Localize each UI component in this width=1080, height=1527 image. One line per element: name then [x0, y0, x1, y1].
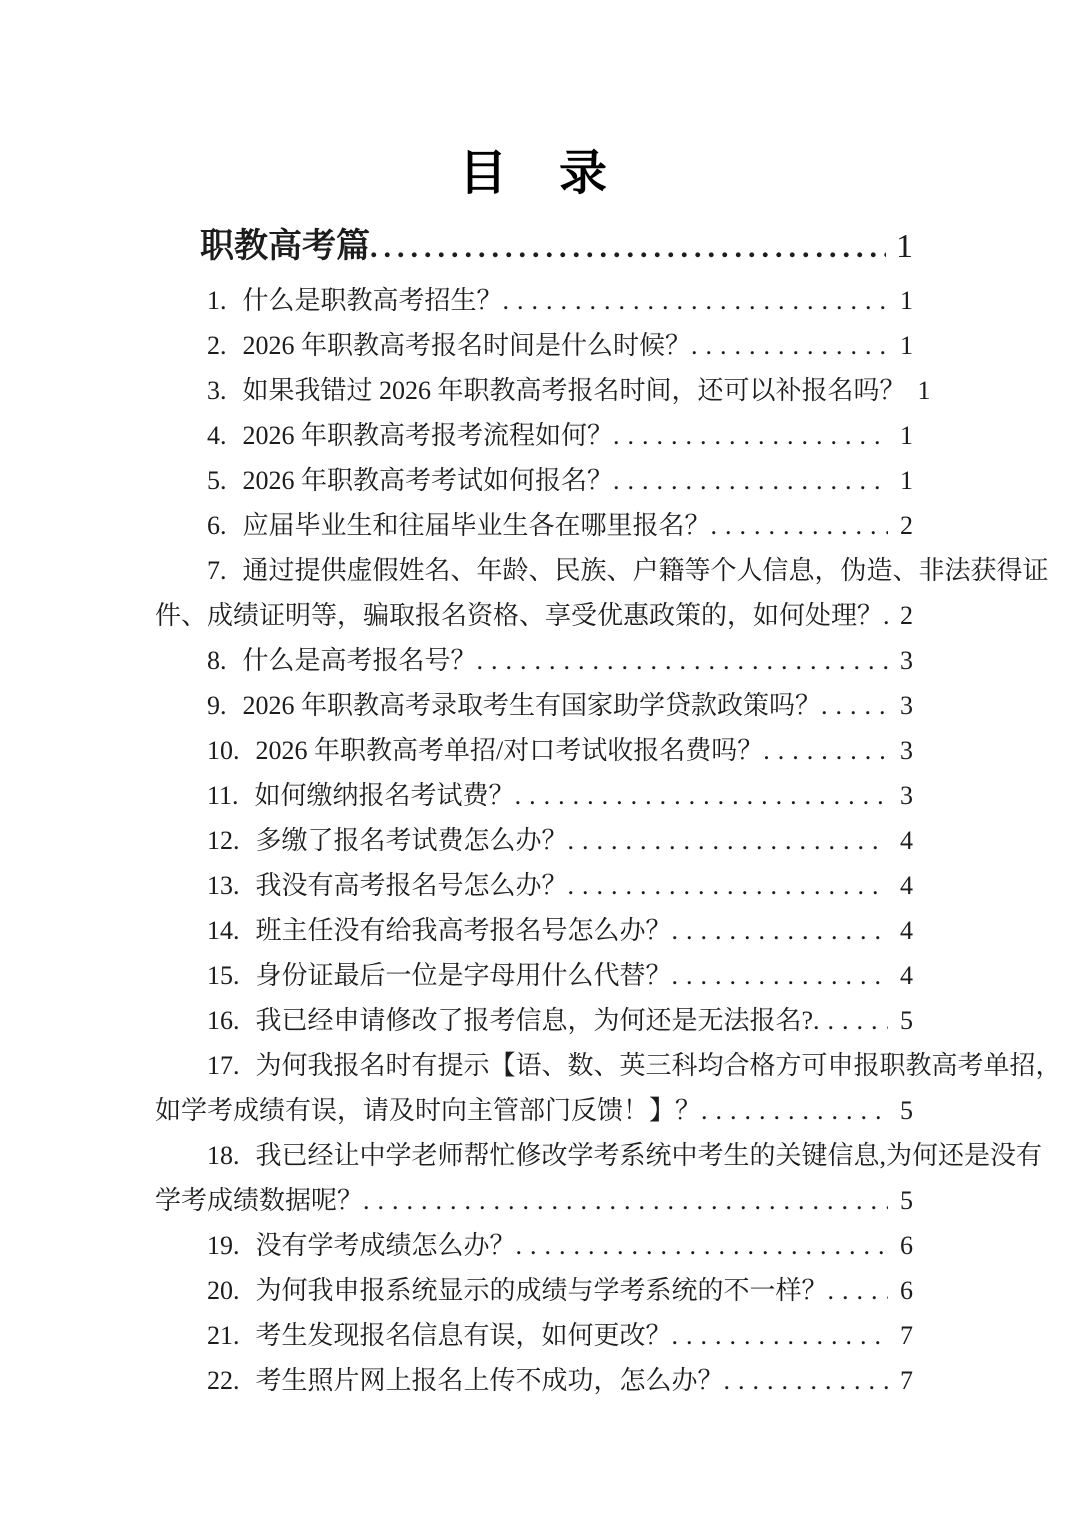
entry-number: 4.: [207, 413, 227, 458]
toc-section-row[interactable]: 职教高考篇 1: [155, 224, 913, 271]
toc-entry[interactable]: 19. 没有学考成绩怎么办？ 6: [155, 1223, 913, 1268]
dot-leader: [613, 413, 888, 458]
entry-number: 5.: [207, 458, 227, 503]
entry-text: 多缴了报名考试费怎么办？: [256, 818, 568, 863]
entry-page-number: 5: [900, 1178, 913, 1223]
entry-number: 14.: [207, 908, 240, 953]
dot-leader: [370, 225, 886, 271]
entry-page-number: 1: [900, 413, 913, 458]
entry-number: 1.: [207, 278, 227, 323]
toc-entry[interactable]: 10. 2026 年职教高考单招/对口考试收报名费吗？ 3: [155, 728, 913, 773]
entry-number: 6.: [207, 503, 227, 548]
entry-number: 10.: [207, 728, 240, 773]
entry-text: 身份证最后一位是字母用什么代替？: [256, 953, 672, 998]
dot-leader: [821, 683, 888, 728]
dot-leader: [515, 773, 888, 818]
entry-page-number: 3: [900, 773, 913, 818]
toc-entry[interactable]: 18.我已经让中学老师帮忙修改学考系统中考生的关键信息,为何还是没有 学考成绩数…: [155, 1133, 913, 1223]
entry-page-number: 3: [900, 638, 913, 683]
toc-entry[interactable]: 21. 考生发现报名信息有误，如何更改？ 7: [155, 1313, 913, 1358]
page-title: 目 录: [155, 150, 913, 198]
entry-text-line2: 件、成绩证明等，骗取报名资格、享受优惠政策的，如何处理？: [155, 593, 883, 638]
entry-text: 什么是高考报名号？: [243, 638, 477, 683]
entry-text: 班主任没有给我高考报名号怎么办？: [256, 908, 672, 953]
entry-number: 13.: [207, 863, 240, 908]
entry-number: 17.: [207, 1051, 240, 1080]
dot-leader: [724, 1358, 888, 1403]
entry-page-number: 7: [900, 1313, 913, 1358]
entry-page-number: 6: [900, 1268, 913, 1313]
toc-entry[interactable]: 15. 身份证最后一位是字母用什么代替？ 4: [155, 953, 913, 998]
entry-text: 应届毕业生和往届毕业生各在哪里报名？: [243, 503, 711, 548]
entry-page-number: 3: [900, 683, 913, 728]
document-page: 目 录 职教高考篇 1 1. 什么是职教高考招生？ 1 2. 2026 年职教高…: [0, 0, 1080, 1527]
toc-entry[interactable]: 2. 2026 年职教高考报名时间是什么时候？ 1: [155, 323, 913, 368]
toc-entry[interactable]: 13. 我没有高考报名号怎么办？ 4: [155, 863, 913, 908]
dot-leader: [672, 908, 888, 953]
entry-text: 考生发现报名信息有误，如何更改？: [256, 1313, 672, 1358]
toc-entry[interactable]: 6. 应届毕业生和往届毕业生各在哪里报名？ 2: [155, 503, 913, 548]
dot-leader: [516, 1223, 888, 1268]
dot-leader: [503, 278, 888, 323]
entry-text: 我已经申请修改了报考信息，为何还是无法报名?: [256, 998, 814, 1043]
dot-leader: [691, 323, 888, 368]
dot-leader: [813, 998, 888, 1043]
entry-number: 18.: [207, 1141, 240, 1170]
entry-text: 2026 年职教高考考试如何报名？: [243, 458, 614, 503]
entry-number: 11.: [207, 773, 239, 818]
entry-text: 我没有高考报名号怎么办？: [256, 863, 568, 908]
entry-page-number: 2: [900, 593, 913, 638]
dot-leader: [613, 458, 888, 503]
toc-entries: 1. 什么是职教高考招生？ 1 2. 2026 年职教高考报名时间是什么时候？ …: [155, 278, 913, 1403]
entry-text: 为何我报名时有提示【语、数、英三科均合格方可申报职教高考单招，: [256, 1051, 1062, 1080]
entry-page-number: 1: [918, 368, 931, 413]
toc-entry[interactable]: 3. 如果我错过 2026 年职教高考报名时间，还可以补报名吗？ 1: [155, 368, 913, 413]
entry-text: 2026 年职教高考录取考生有国家助学贷款政策吗？: [243, 683, 822, 728]
dot-leader: [363, 1178, 888, 1223]
section-page-number: 1: [896, 224, 913, 270]
entry-page-number: 7: [900, 1358, 913, 1403]
dot-leader: [477, 638, 888, 683]
entry-text: 2026 年职教高考报名时间是什么时候？: [243, 323, 692, 368]
dot-leader: [568, 863, 888, 908]
toc-entry[interactable]: 9. 2026 年职教高考录取考生有国家助学贷款政策吗？ 3: [155, 683, 913, 728]
entry-text-line2: 如学考成绩有误，请及时向主管部门反馈！】？: [155, 1088, 701, 1133]
entry-text: 我已经让中学老师帮忙修改学考系统中考生的关键信息,为何还是没有: [256, 1141, 1043, 1170]
dot-leader: [828, 1268, 888, 1313]
dot-leader: [672, 1313, 888, 1358]
toc-entry[interactable]: 8. 什么是高考报名号？ 3: [155, 638, 913, 683]
toc-entry[interactable]: 12. 多缴了报名考试费怎么办？ 4: [155, 818, 913, 863]
toc-entry[interactable]: 7.通过提供虚假姓名、年龄、民族、户籍等个人信息，伪造、非法获得证 件、成绩证明…: [155, 548, 913, 638]
entry-page-number: 4: [900, 908, 913, 953]
entry-page-number: 5: [900, 998, 913, 1043]
entry-text: 2026 年职教高考报考流程如何？: [243, 413, 614, 458]
dot-leader: [883, 593, 888, 638]
entry-text: 通过提供虚假姓名、年龄、民族、户籍等个人信息，伪造、非法获得证: [243, 556, 1049, 585]
entry-page-number: 4: [900, 863, 913, 908]
entry-number: 15.: [207, 953, 240, 998]
toc-entry[interactable]: 17.为何我报名时有提示【语、数、英三科均合格方可申报职教高考单招， 如学考成绩…: [155, 1043, 913, 1133]
toc-entry[interactable]: 20. 为何我申报系统显示的成绩与学考系统的不一样？ 6: [155, 1268, 913, 1313]
entry-number: 19.: [207, 1223, 240, 1268]
entry-page-number: 1: [900, 458, 913, 503]
dot-leader: [711, 503, 888, 548]
dot-leader: [672, 953, 888, 998]
toc-entry[interactable]: 11. 如何缴纳报名考试费？ 3: [155, 773, 913, 818]
entry-page-number: 3: [900, 728, 913, 773]
entry-page-number: 4: [900, 818, 913, 863]
entry-page-number: 4: [900, 953, 913, 998]
toc-entry[interactable]: 4. 2026 年职教高考报考流程如何？ 1: [155, 413, 913, 458]
dot-leader: [763, 728, 888, 773]
entry-text: 为何我申报系统显示的成绩与学考系统的不一样？: [256, 1268, 828, 1313]
entry-text: 考生照片网上报名上传不成功，怎么办？: [256, 1358, 724, 1403]
entry-number: 8.: [207, 638, 227, 683]
toc-entry[interactable]: 22. 考生照片网上报名上传不成功，怎么办？ 7: [155, 1358, 913, 1403]
entry-page-number: 5: [900, 1088, 913, 1133]
dot-leader: [568, 818, 888, 863]
entry-page-number: 1: [900, 323, 913, 368]
entry-number: 22.: [207, 1358, 240, 1403]
toc-entry[interactable]: 5. 2026 年职教高考考试如何报名？ 1: [155, 458, 913, 503]
entry-number: 16.: [207, 998, 240, 1043]
dot-leader: [701, 1088, 888, 1133]
entry-page-number: 6: [900, 1223, 913, 1268]
entry-page-number: 1: [900, 278, 913, 323]
entry-number: 7.: [207, 556, 227, 585]
entry-text-line2: 学考成绩数据呢？: [155, 1178, 363, 1223]
entry-number: 3.: [207, 368, 227, 413]
entry-page-number: 2: [900, 503, 913, 548]
section-label: 职教高考篇: [200, 224, 370, 270]
entry-text: 如果我错过 2026 年职教高考报名时间，还可以补报名吗？: [243, 368, 906, 413]
entry-number: 20.: [207, 1268, 240, 1313]
entry-number: 12.: [207, 818, 240, 863]
entry-text: 没有学考成绩怎么办？: [256, 1223, 516, 1268]
entry-text: 2026 年职教高考单招/对口考试收报名费吗？: [256, 728, 764, 773]
toc-entry[interactable]: 14. 班主任没有给我高考报名号怎么办？ 4: [155, 908, 913, 953]
entry-text: 如何缴纳报名考试费？: [255, 773, 515, 818]
toc-entry[interactable]: 16. 我已经申请修改了报考信息，为何还是无法报名? 5: [155, 998, 913, 1043]
entry-text: 什么是职教高考招生？: [243, 278, 503, 323]
entry-number: 2.: [207, 323, 227, 368]
entry-number: 21.: [207, 1313, 240, 1358]
entry-number: 9.: [207, 683, 227, 728]
toc-entry[interactable]: 1. 什么是职教高考招生？ 1: [155, 278, 913, 323]
